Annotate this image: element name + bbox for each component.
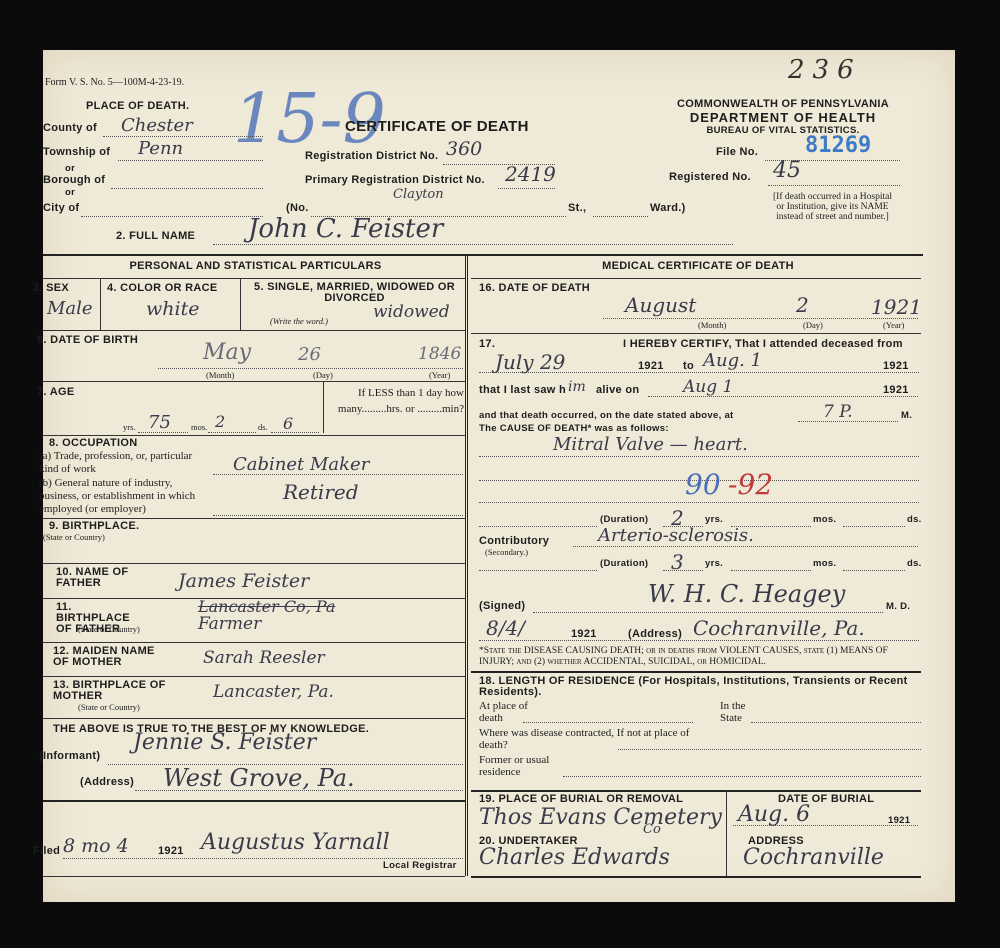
marital-hint: (Write the word.) bbox=[270, 316, 328, 326]
dod-year: 1921 bbox=[871, 295, 922, 319]
file-no-value: 81269 bbox=[805, 133, 871, 158]
residence-label: 18. LENGTH OF RESIDENCE (For Hospitals, … bbox=[479, 676, 924, 698]
at-place-label: At place of death bbox=[479, 700, 529, 724]
page-number: 236 bbox=[788, 55, 862, 85]
cause-label: The CAUSE OF DEATH* was as follows: bbox=[479, 423, 669, 434]
informant-label: (Informant) bbox=[39, 750, 100, 762]
full-name-label: 2. FULL NAME bbox=[116, 230, 195, 242]
dod-day: 2 bbox=[796, 293, 809, 317]
month-caption: (Month) bbox=[206, 370, 234, 380]
registration-district-value: 360 bbox=[446, 138, 482, 160]
disease-contracted-label: Where was disease contracted, If not at … bbox=[479, 727, 699, 751]
day-caption: (Day) bbox=[313, 370, 333, 380]
or-label: or bbox=[65, 187, 75, 198]
last-saw-pronoun: im bbox=[568, 379, 586, 395]
hospital-note: [If death occurred in a Hospital or Inst… bbox=[770, 192, 895, 222]
father-name-label: 10. NAME OF FATHER bbox=[56, 567, 146, 589]
ds-caption: ds. bbox=[258, 422, 268, 432]
duration-label: (Duration) bbox=[600, 514, 648, 525]
age-mos: 2 bbox=[215, 412, 225, 431]
township-value: Penn bbox=[138, 138, 183, 159]
county-value: Chester bbox=[121, 115, 193, 136]
borough-label: Borough of bbox=[43, 174, 105, 186]
street-label: St., bbox=[568, 202, 586, 214]
mos-caption: mos. bbox=[191, 422, 207, 432]
contributory-value: Arterio-sclerosis. bbox=[598, 525, 754, 546]
or-label: or bbox=[65, 163, 75, 174]
sex-value: Male bbox=[47, 298, 93, 319]
death-time-value: 7 P. bbox=[823, 402, 853, 422]
mos-caption: mos. bbox=[813, 558, 836, 569]
signed-address-value: Cochranville, Pa. bbox=[693, 616, 865, 640]
dob-year: 1846 bbox=[418, 344, 461, 364]
county-label: County of bbox=[43, 122, 97, 134]
birthplace-caption: (State or Country) bbox=[43, 532, 105, 542]
yrs-caption: yrs. bbox=[705, 558, 723, 569]
filed-year: 1921 bbox=[158, 845, 184, 857]
burial-date-value: Aug. 6 bbox=[738, 802, 810, 827]
city-label: City of bbox=[43, 202, 79, 214]
day-caption: (Day) bbox=[803, 320, 823, 330]
footnote: *State the DISEASE CAUSING DEATH; or in … bbox=[479, 646, 924, 668]
duration-label: (Duration) bbox=[600, 558, 648, 569]
occupation-b-value: Retired bbox=[283, 480, 359, 504]
attended-to: Aug. 1 bbox=[703, 350, 762, 371]
registered-no-label: Registered No. bbox=[669, 171, 751, 183]
dod-label: 16. DATE OF DEATH bbox=[479, 282, 590, 294]
age-ds: 6 bbox=[283, 414, 293, 433]
age-yrs: 75 bbox=[148, 412, 171, 433]
dob-label: 6. DATE OF BIRTH bbox=[37, 334, 138, 346]
primary-registration-district-label: Primary Registration District No. bbox=[305, 174, 485, 186]
signed-year: 1921 bbox=[571, 628, 597, 640]
cause-code-blue: 90 bbox=[685, 468, 721, 501]
undertaker-address-value: Cochranville bbox=[743, 845, 884, 870]
contributory-caption: (Secondary.) bbox=[485, 547, 528, 557]
burial-county-value: Co bbox=[643, 822, 661, 837]
mos-caption: mos. bbox=[813, 514, 836, 525]
mother-birthplace-caption: (State or Country) bbox=[78, 702, 140, 712]
sex-label: 3. SEX bbox=[33, 282, 69, 294]
ds-caption: ds. bbox=[907, 558, 922, 569]
occupation-label: 8. OCCUPATION bbox=[49, 437, 137, 449]
primary-registration-district-value: 2419 bbox=[505, 162, 556, 186]
contributory-label: Contributory bbox=[479, 535, 549, 547]
mother-birthplace-label: 13. BIRTHPLACE OF MOTHER bbox=[53, 680, 173, 702]
registrar-value: Augustus Yarnall bbox=[201, 830, 390, 855]
registration-district-label: Registration District No. bbox=[305, 150, 438, 162]
signed-address-label: (Address) bbox=[628, 628, 682, 640]
street-no-label: (No. bbox=[286, 202, 309, 214]
filed-label: Filed bbox=[33, 845, 60, 857]
file-no-label: File No. bbox=[716, 146, 758, 158]
yrs-caption: yrs. bbox=[705, 514, 723, 525]
cause-code-red: -92 bbox=[728, 468, 773, 501]
medical-heading: MEDICAL CERTIFICATE OF DEATH bbox=[473, 260, 923, 272]
burial-place-value: Thos Evans Cemetery bbox=[479, 805, 722, 830]
dod-month: August bbox=[625, 293, 696, 317]
dob-month: May bbox=[203, 340, 251, 365]
mother-name-value: Sarah Reesler bbox=[203, 648, 325, 668]
place-of-death-heading: PLACE OF DEATH. bbox=[86, 100, 189, 112]
form-number: Form V. S. No. 5—100M-4-23-19. bbox=[45, 77, 184, 88]
attended-from: July 29 bbox=[495, 350, 565, 374]
occupation-a-value: Cabinet Maker bbox=[233, 454, 369, 475]
age-label: 7. AGE bbox=[37, 386, 74, 398]
m-label: M. bbox=[901, 410, 912, 421]
street-value: Clayton bbox=[393, 187, 444, 202]
month-caption: (Month) bbox=[698, 320, 726, 330]
race-value: white bbox=[146, 298, 199, 320]
address-value: West Grove, Pa. bbox=[163, 764, 355, 792]
attended-to-year: 1921 bbox=[883, 360, 909, 372]
less-than-day: If LESS than 1 day how many.........hrs.… bbox=[329, 385, 464, 417]
yrs-caption: yrs. bbox=[123, 422, 136, 432]
father-birthplace-value: Farmer bbox=[198, 614, 261, 634]
burial-year: 1921 bbox=[888, 815, 910, 826]
certificate-title: CERTIFICATE OF DEATH bbox=[345, 118, 529, 135]
year-caption: (Year) bbox=[429, 370, 450, 380]
birthplace-label: 9. BIRTHPLACE. bbox=[49, 520, 139, 532]
personal-heading: PERSONAL AND STATISTICAL PARTICULARS bbox=[43, 260, 468, 272]
mother-name-label: 12. MAIDEN NAME OF MOTHER bbox=[53, 646, 173, 668]
race-label: 4. COLOR OR RACE bbox=[107, 282, 218, 294]
address-label: (Address) bbox=[80, 776, 134, 788]
signed-value: W. H. C. Heagey bbox=[648, 580, 845, 608]
cert-number: 17. bbox=[479, 338, 495, 350]
former-residence-label: Former or usual residence bbox=[479, 754, 559, 778]
agency-line1: COMMONWEALTH OF PENNSYLVANIA bbox=[663, 98, 903, 110]
ds-caption: ds. bbox=[907, 514, 922, 525]
mother-birthplace-value: Lancaster, Pa. bbox=[213, 682, 334, 702]
filed-value: 8 mo 4 bbox=[63, 835, 129, 857]
in-state-label: In the State bbox=[720, 700, 765, 724]
md-label: M. D. bbox=[886, 601, 910, 612]
last-saw-date: Aug 1 bbox=[683, 377, 733, 397]
burial-place-label: 19. PLACE OF BURIAL OR REMOVAL bbox=[479, 793, 683, 805]
township-label: Township of bbox=[43, 146, 110, 158]
occupation-a-label: (a) Trade, profession, or, particular ki… bbox=[39, 450, 209, 476]
undertaker-value: Charles Edwards bbox=[479, 845, 670, 870]
cause-value: Mitral Valve — heart. bbox=[553, 434, 748, 455]
contributory-duration-yrs: 3 bbox=[671, 550, 684, 574]
cert-text: I HEREBY CERTIFY, That I attended deceas… bbox=[623, 338, 903, 350]
agency-line2: DEPARTMENT OF HEALTH bbox=[663, 110, 903, 125]
father-name-value: James Feister bbox=[178, 570, 309, 592]
registered-no-value: 45 bbox=[773, 158, 801, 183]
last-saw-year: 1921 bbox=[883, 384, 909, 396]
death-certificate: Form V. S. No. 5—100M-4-23-19. 236 15-9 … bbox=[43, 50, 955, 902]
marital-value: widowed bbox=[373, 302, 450, 322]
informant-value: Jennie S. Feister bbox=[133, 730, 316, 755]
signed-date: 8/4/ bbox=[486, 616, 525, 640]
last-saw-label: that I last saw h bbox=[479, 384, 566, 396]
year-caption: (Year) bbox=[883, 320, 904, 330]
attended-from-year: 1921 bbox=[638, 360, 664, 372]
agency-block: COMMONWEALTH OF PENNSYLVANIA DEPARTMENT … bbox=[663, 98, 903, 136]
to-label: to bbox=[683, 360, 694, 372]
occupation-b-label: (b) General nature of industry, business… bbox=[39, 477, 209, 516]
registrar-label: Local Registrar bbox=[383, 860, 457, 871]
ward-label: Ward.) bbox=[650, 202, 686, 214]
alive-on-label: alive on bbox=[596, 384, 639, 396]
full-name-value: John C. Feister bbox=[248, 214, 443, 244]
death-time-text: and that death occurred, on the date sta… bbox=[479, 410, 734, 421]
marital-label: 5. SINGLE, MARRIED, WIDOWED OR DIVORCED bbox=[247, 282, 462, 304]
father-birthplace-caption: (State or Country) bbox=[78, 624, 140, 634]
dob-day: 26 bbox=[298, 344, 321, 365]
signed-label: (Signed) bbox=[479, 600, 525, 612]
